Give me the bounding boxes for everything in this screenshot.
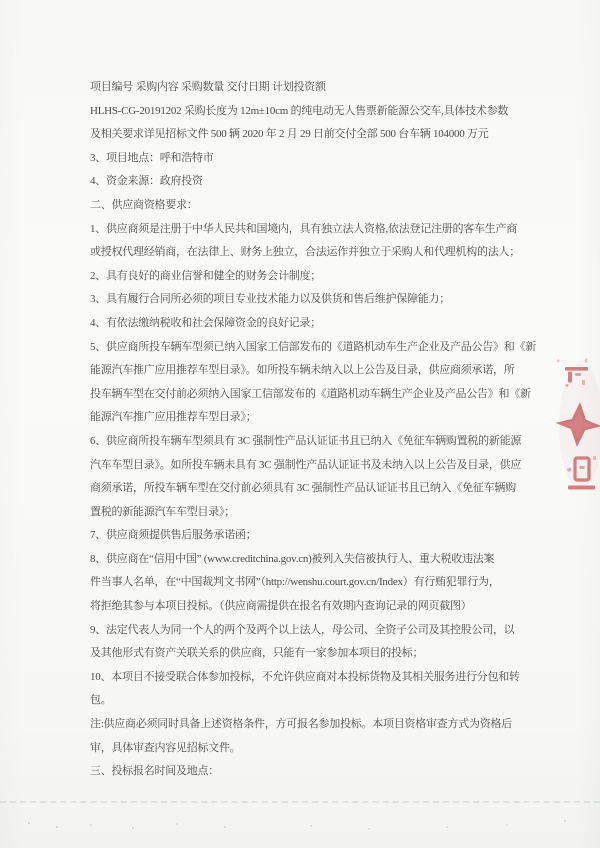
document-text-block: 项目编号 采购内容 采购数量 交付日期 计划投资额HLHS-CG-2019120… xyxy=(90,76,546,784)
text-line: 5、供应商所投车辆车型须已纳入国家工信部发布的《道路机动车生产企业及产品公告》和… xyxy=(90,336,546,360)
text-line: 4、有依法缴纳税收和社会保障资金的良好记录； xyxy=(90,312,546,336)
text-line: 3、项目地点：呼和浩特市 xyxy=(90,147,546,171)
text-line: 汽车车型目录》。如所投车辆未具有 3C 强制性产品认证证书及未纳入以上公告及目录… xyxy=(90,454,546,478)
text-line: 2、具有良好的商业信誉和健全的财务会计制度； xyxy=(90,265,546,289)
text-line: 件当事人名单，在“中国裁判文书网”（http://wenshu.court.go… xyxy=(90,571,546,595)
text-line: HLHS-CG-20191202 采购长度为 12m±10cm 的纯电动无人售票… xyxy=(90,100,546,124)
text-line: 3、具有履行合同所必须的项目专业技术能力以及供货和售后维护保障能力； xyxy=(90,288,546,312)
text-line: 7、供应商须提供售后服务承诺函； xyxy=(90,524,546,548)
text-line: 4、资金来源：政府投资 xyxy=(90,170,546,194)
text-line: 审，具体审查内容见招标文件。 xyxy=(90,737,546,761)
scan-artifact-line xyxy=(0,801,600,803)
text-line: 包。 xyxy=(90,689,546,713)
text-line: 置税的新能源汽车车型目录》； xyxy=(90,501,546,525)
text-line: 能源汽车推广应用推荐车型目录》； xyxy=(90,406,546,430)
official-seal-stamp xyxy=(555,358,600,498)
text-line: 9、法定代表人为同一个人的两个及两个以上法人，母公司、全资子公司及其控股公司，以 xyxy=(90,619,546,643)
text-line: 商须承诺，所投车辆车型在交付前必须具有 3C 强制性产品认证证书且已纳入《免征车… xyxy=(90,477,546,501)
text-line: 注:供应商必须同时具备上述资格条件，方可报名参加投标。本项目资格审查方式为资格后 xyxy=(90,713,546,737)
scanned-document-page: 项目编号 采购内容 采购数量 交付日期 计划投资额HLHS-CG-2019120… xyxy=(0,0,600,848)
scan-artifact-specks xyxy=(28,822,30,824)
text-line: 能源汽车推广应用推荐车型目录》。如所投车辆未纳入以上公告及目录，供应商须承诺，所 xyxy=(90,359,546,383)
text-line: 及相关要求详见招标文件 500 辆 2020 年 2 月 29 日前交付全部 5… xyxy=(90,123,546,147)
text-line: 投车辆车型在交付前必须纳入国家工信部发布的《道路机动车辆生产企业及产品公告》和《… xyxy=(90,383,546,407)
text-line: 及其他形式有资产关联关系的供应商，只能有一家参加本项目的投标； xyxy=(90,642,546,666)
text-line: 三、投标报名时间及地点： xyxy=(90,760,546,784)
text-line: 6、供应商所投车辆车型须具有 3C 强制性产品认证证书且已纳入《免征车辆购置税的… xyxy=(90,430,546,454)
text-line: 1、供应商须是注册于中华人民共和国境内，具有独立法人资格,依法登记注册的客车生产… xyxy=(90,218,546,242)
text-line: 或授权代理经销商，在法律上、财务上独立，合法运作并独立于采购人和代理机构的法人； xyxy=(90,241,546,265)
text-line: 10、本项目不接受联合体参加投标，不允许供应商对本投标货物及其相关服务进行分包和… xyxy=(90,666,546,690)
text-line: 8、供应商在“信用中国” (www.creditchina.gov.cn)被列入… xyxy=(90,548,546,572)
text-line: 项目编号 采购内容 采购数量 交付日期 计划投资额 xyxy=(90,76,546,100)
text-line: 将拒绝其参与本项目投标。（供应商需提供在报名有效期内查询记录的网页截图） xyxy=(90,595,546,619)
text-line: 二、供应商资格要求： xyxy=(90,194,546,218)
